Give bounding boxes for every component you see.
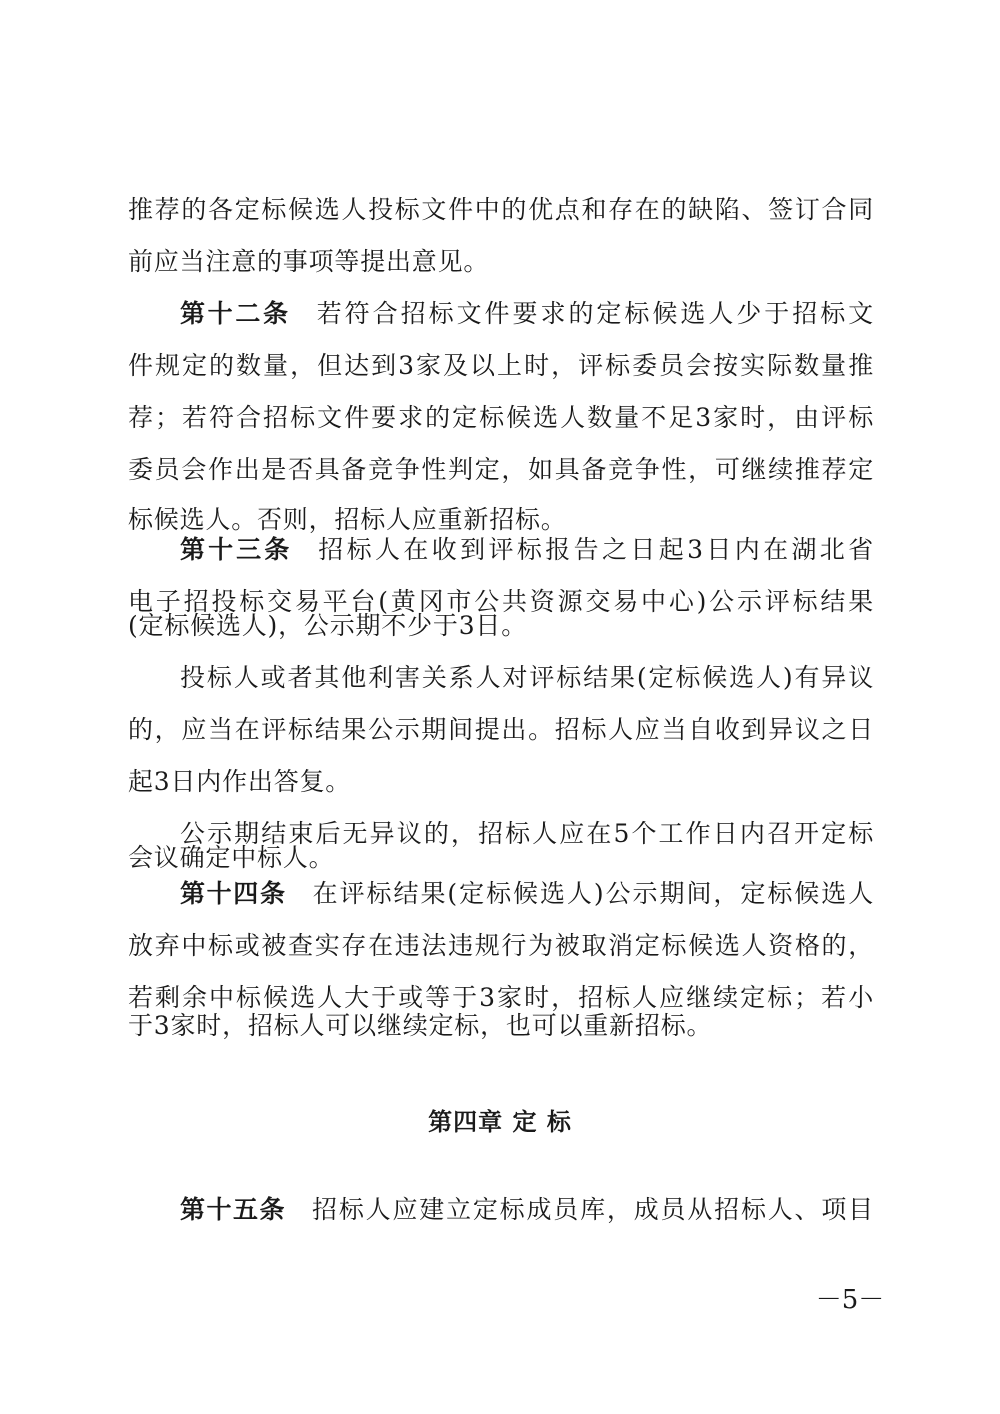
text-segment: 若符合招标文件要求的定标候选人少于招标文 — [317, 299, 874, 328]
document-page: 推荐的各定标候选人投标文件中的优点和存在的缺陷、签订合同 前应当注意的事项等提出… — [0, 0, 1000, 1414]
text-line: 推荐的各定标候选人投标文件中的优点和存在的缺陷、签订合同 — [128, 184, 874, 236]
text-line: 件规定的数量，但达到3家及以上时，评标委员会按实际数量推 — [128, 340, 874, 392]
article-13-first-line: 第十三条招标人在收到评标报告之日起3日内在湖北省 — [180, 524, 874, 576]
text-line: 前应当注意的事项等提出意见。 — [128, 236, 874, 288]
chapter-heading: 第四章 定 标 — [0, 1096, 1000, 1148]
article-12-first-line: 第十二条若符合招标文件要求的定标候选人少于招标文 — [180, 288, 874, 340]
article-13-label: 第十三条 — [180, 535, 292, 564]
page-number: －5－ — [800, 1280, 900, 1320]
text-line: 的，应当在评标结果公示期间提出。招标人应当自收到异议之日 — [128, 704, 874, 756]
text-segment: 招标人应建立定标成员库，成员从招标人、项目 — [312, 1195, 874, 1224]
text-line: 放弃中标或被查实存在违法违规行为被取消定标候选人资格的， — [128, 920, 874, 972]
text-line: 委员会作出是否具备竞争性判定，如具备竞争性，可继续推荐定 — [128, 444, 874, 496]
article-12-label: 第十二条 — [180, 299, 291, 328]
text-line: (定标候选人)，公示期不少于3日。 — [128, 600, 874, 652]
article-14-first-line: 第十四条在评标结果(定标候选人)公示期间，定标候选人 — [180, 868, 874, 920]
article-15-first-line: 第十五条招标人应建立定标成员库，成员从招标人、项目 — [180, 1184, 874, 1236]
article-14-label: 第十四条 — [180, 879, 287, 908]
text-line: 起3日内作出答复。 — [128, 756, 874, 808]
article-15-label: 第十五条 — [180, 1195, 286, 1224]
text-segment: 招标人在收到评标报告之日起3日内在湖北省 — [318, 535, 874, 564]
text-line: 于3家时，招标人可以继续定标，也可以重新招标。 — [128, 1000, 874, 1052]
text-line: 荐；若符合招标文件要求的定标候选人数量不足3家时，由评标 — [128, 392, 874, 444]
text-line: 投标人或者其他利害关系人对评标结果(定标候选人)有异议 — [180, 652, 874, 704]
text-segment: 在评标结果(定标候选人)公示期间，定标候选人 — [313, 879, 874, 908]
